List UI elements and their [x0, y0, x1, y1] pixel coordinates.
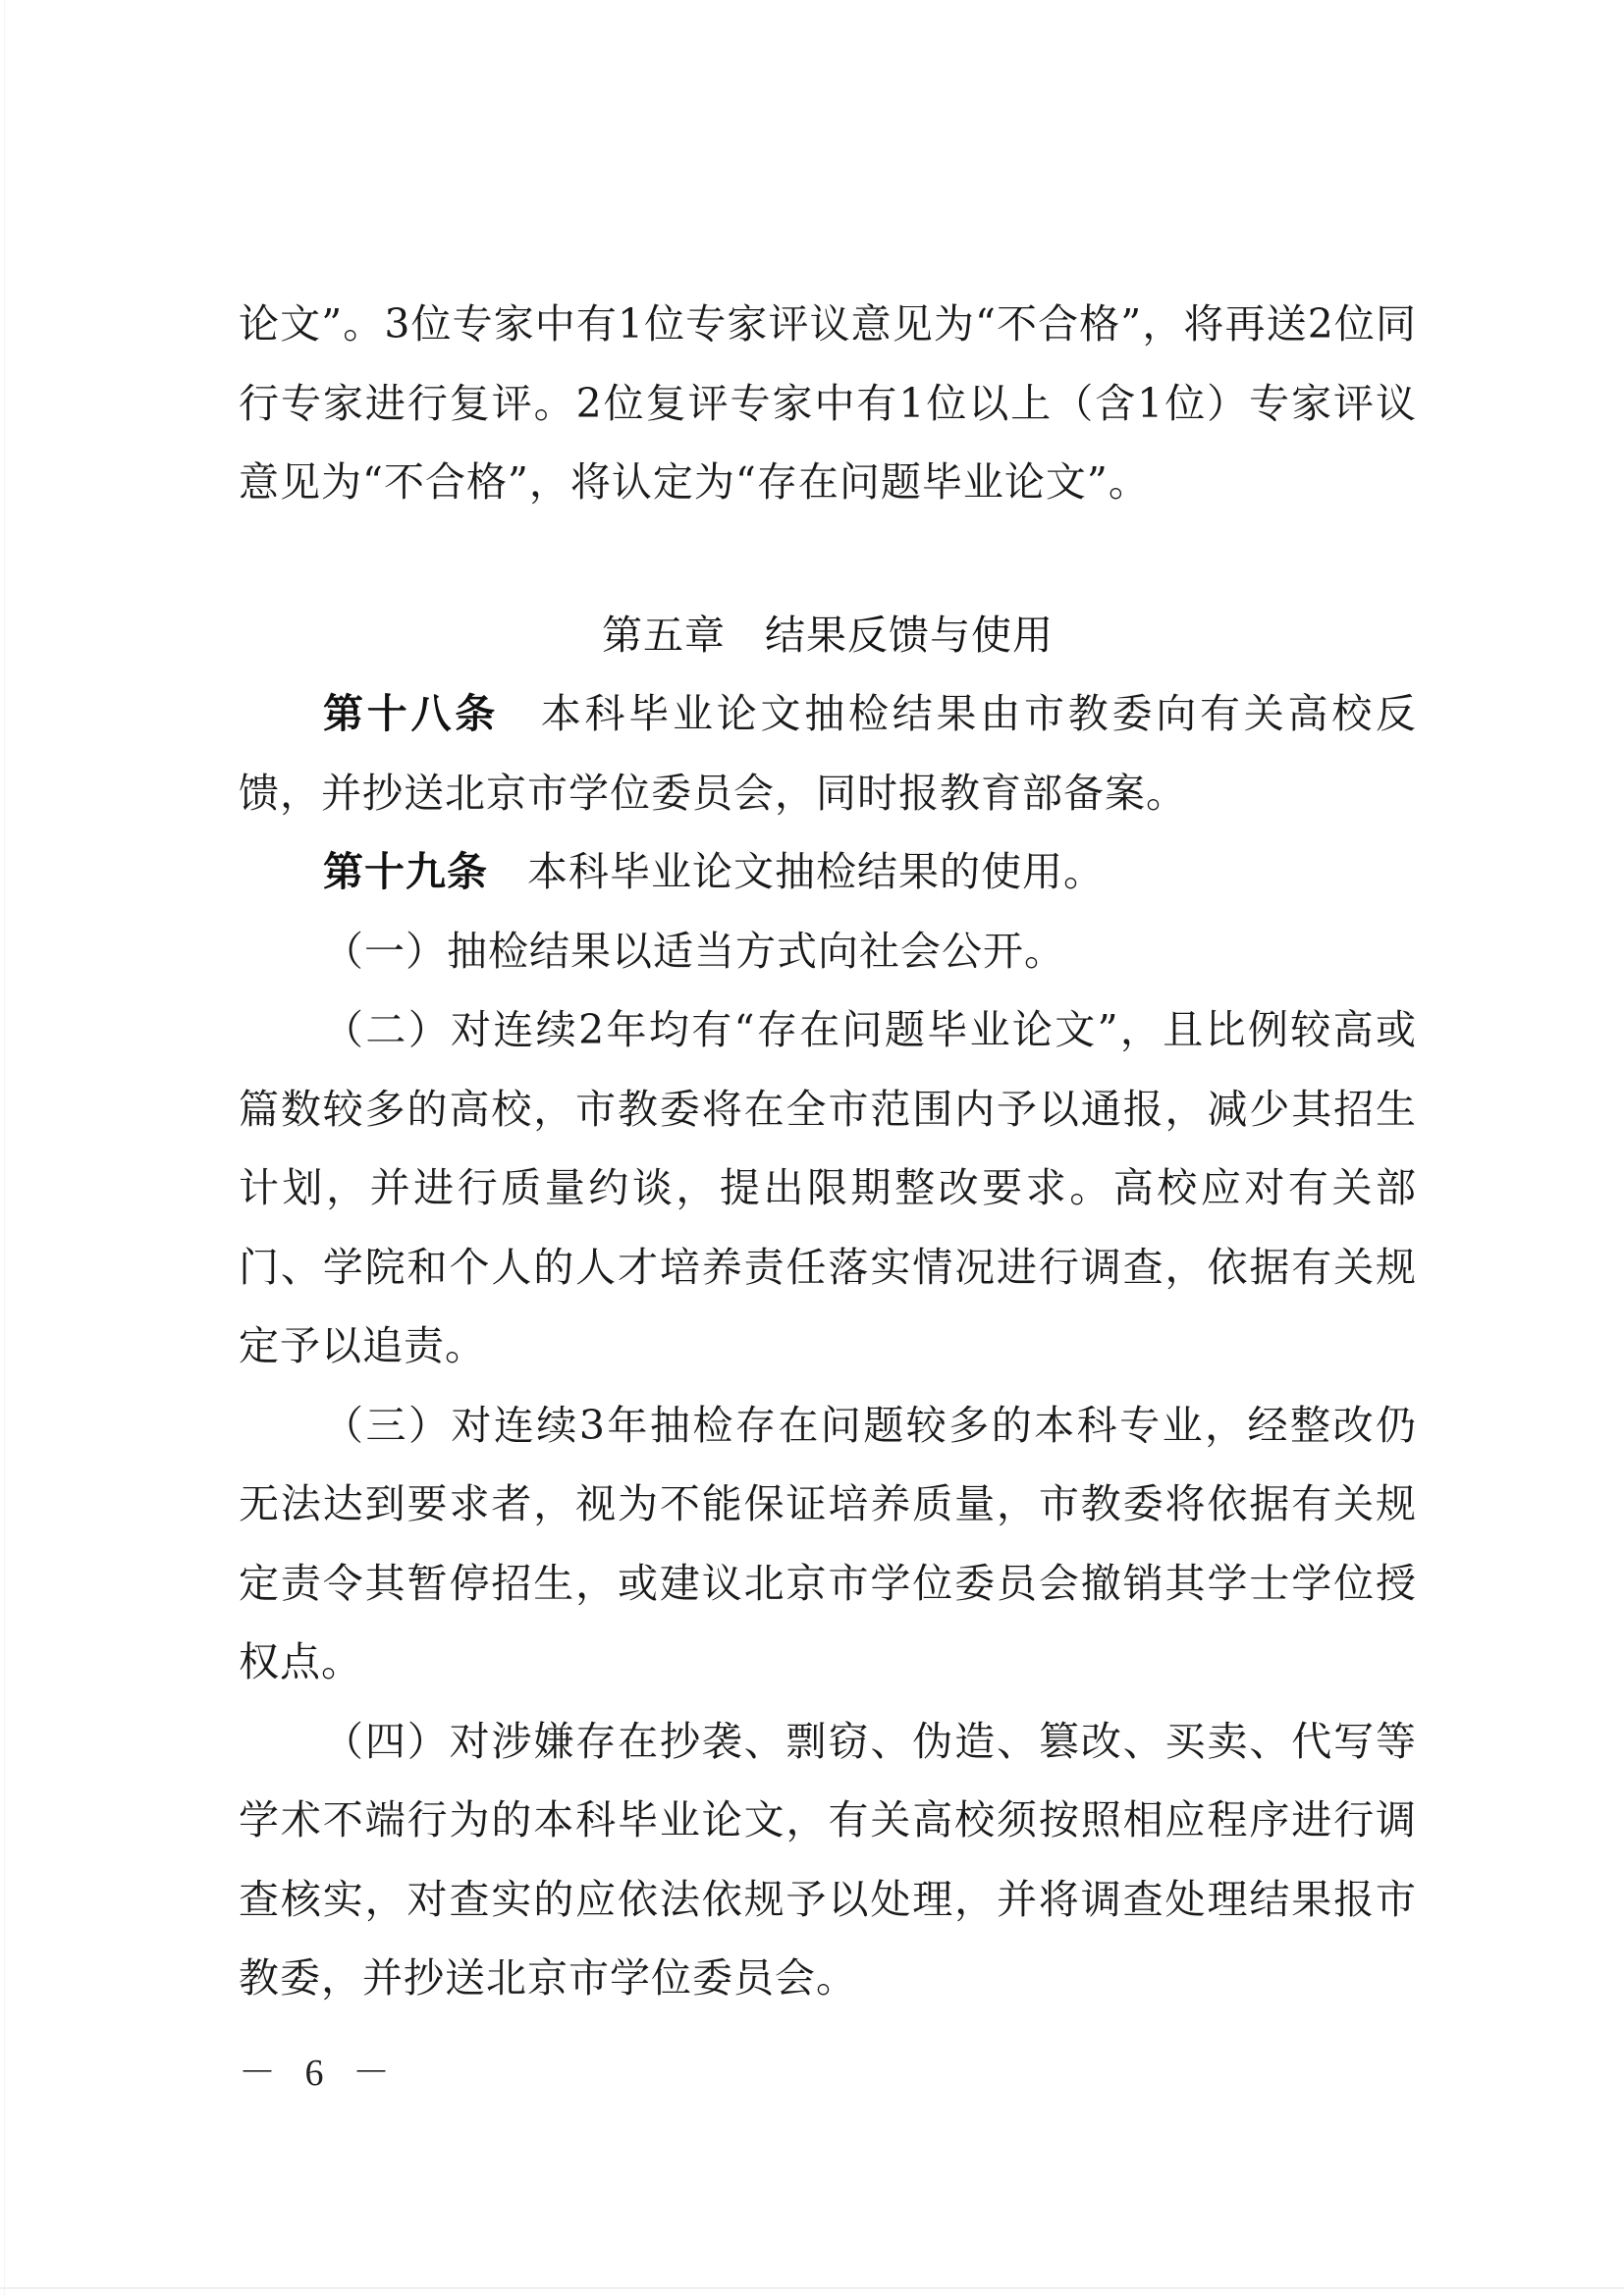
chapter-title: 结果反馈与使用 [765, 612, 1054, 659]
continuation-paragraph: 论文”。3位专家中有1位专家评议意见为“不合格”，将再送2位同行专家进行复评。2… [239, 285, 1417, 522]
item-2: （二）对连续2年均有“存在问题毕业论文”，且比例较高或篇数较多的高校，市教委将在… [239, 990, 1417, 1386]
item-4: （四）对涉嫌存在抄袭、剽窃、伪造、篡改、买卖、代写等学术不端行为的本科毕业论文，… [239, 1702, 1417, 2018]
chapter-heading: 第五章结果反馈与使用 [239, 596, 1417, 675]
article-number: 第十八条 [323, 690, 499, 737]
scan-edge [4, 0, 5, 2296]
scan-bottom-edge [0, 2287, 1624, 2289]
article-text: 本科毕业论文抽检结果的使用。 [527, 848, 1105, 895]
article-19: 第十九条本科毕业论文抽检结果的使用。 [239, 832, 1417, 912]
chapter-number: 第五章 [602, 612, 726, 659]
item-3: （三）对连续3年抽检存在问题较多的本科专业，经整改仍无法达到要求者，视为不能保证… [239, 1386, 1417, 1702]
page-number: － 6 － [239, 2042, 400, 2096]
article-number: 第十九条 [323, 848, 488, 895]
article-18: 第十八条本科毕业论文抽检结果由市教委向有关高校反馈，并抄送北京市学位委员会，同时… [239, 674, 1417, 832]
item-1: （一）抽检结果以适当方式向社会公开。 [239, 912, 1417, 991]
document-page: 论文”。3位专家中有1位专家评议意见为“不合格”，将再送2位同行专家进行复评。2… [239, 285, 1417, 2018]
